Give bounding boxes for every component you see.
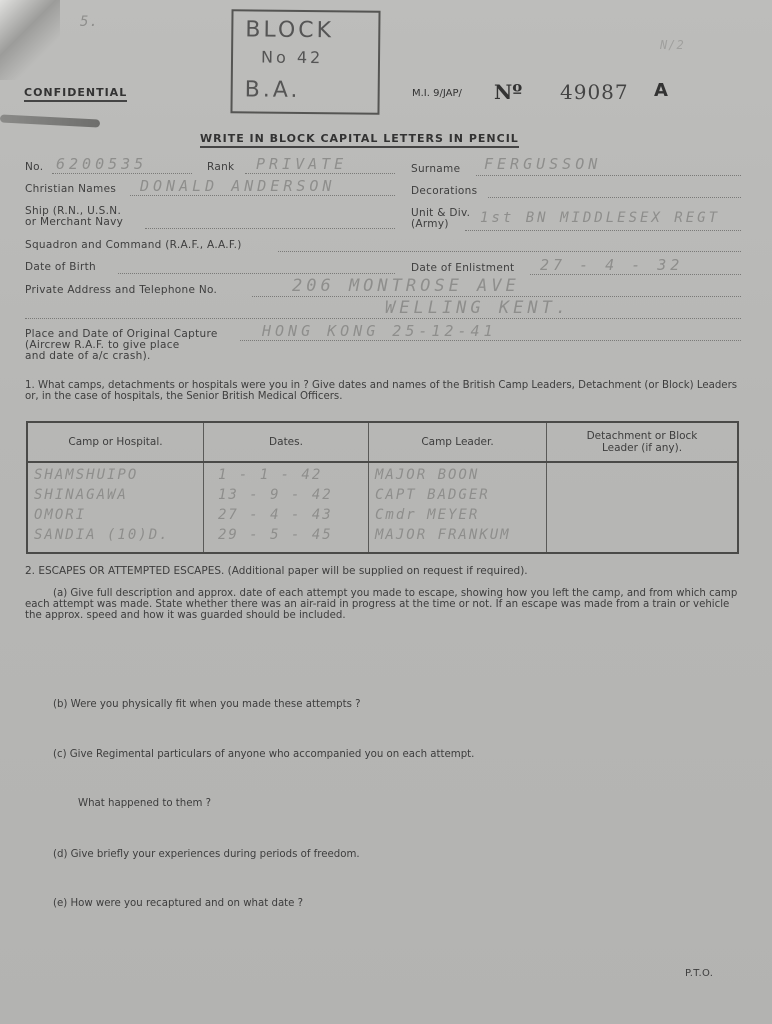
address-label: Private Address and Telephone No. [25, 284, 217, 296]
camps-table: Camp or Hospital. Dates. Camp Leader. De… [26, 421, 739, 554]
table-cell-camp: SHAMSHUIPO [34, 465, 197, 485]
question-2b: (b) Were you physically fit when you mad… [53, 699, 361, 710]
reference-code: M.I. 9/JAP/ [412, 88, 462, 99]
block-leader-column[interactable] [547, 462, 739, 553]
reference-number: 49087 [560, 80, 629, 104]
table-cell-camp: SANDIA (10)D. [34, 525, 197, 545]
stamp-line-1: BLOCK [245, 17, 334, 43]
table-cell-date: 29 - 5 - 45 [218, 525, 362, 545]
surname-field[interactable]: FERGUSSON [484, 155, 601, 173]
christian-names-field[interactable]: DONALD ANDERSON [140, 177, 335, 195]
question-2c-followup: What happened to them ? [78, 798, 211, 809]
classification-label: CONFIDENTIAL [24, 86, 127, 102]
table-cell-camp: OMORI [34, 505, 197, 525]
christian-names-label: Christian Names [25, 183, 116, 195]
question-2d: (d) Give briefly your experiences during… [53, 849, 360, 860]
form-instruction: WRITE IN BLOCK CAPITAL LETTERS IN PENCIL [200, 132, 519, 148]
column-header-dates: Dates. [204, 422, 369, 462]
question-2a: (a) Give full description and approx. da… [25, 588, 745, 621]
column-header-camp-leader: Camp Leader. [369, 422, 547, 462]
stamp-line-2: No 42 [261, 48, 323, 68]
table-cell-leader: CAPT BADGER [375, 485, 540, 505]
reference-suffix: A [654, 80, 668, 101]
form-page: 5. N/2 BLOCK No 42 B.A. CONFIDENTIAL M.I… [0, 0, 772, 1024]
decorations-label: Decorations [411, 185, 477, 197]
table-cell-leader: Cmdr MEYER [375, 505, 540, 525]
number-field[interactable]: 6200535 [56, 155, 147, 173]
camp-leader-column[interactable]: MAJOR BOON CAPT BADGER Cmdr MEYER MAJOR … [369, 462, 547, 553]
date-of-birth-label: Date of Birth [25, 261, 96, 273]
stamp-line-3: B.A. [245, 77, 301, 103]
address-line-2[interactable]: WELLING KENT. [385, 298, 570, 318]
table-cell-date: 1 - 1 - 42 [218, 465, 362, 485]
unit-field[interactable]: 1st BN MIDDLESEX REGT [480, 210, 720, 226]
capture-field[interactable]: HONG KONG 25-12-41 [262, 322, 497, 340]
unit-label-line2: (Army) [411, 218, 449, 230]
camp-column[interactable]: SHAMSHUIPO SHINAGAWA OMORI SANDIA (10)D. [27, 462, 204, 553]
number-label: No. [25, 161, 43, 173]
table-cell-date: 27 - 4 - 43 [218, 505, 362, 525]
table-cell-leader: MAJOR BOON [375, 465, 540, 485]
please-turn-over: P.T.O. [685, 968, 713, 979]
date-of-enlistment-field[interactable]: 27 - 4 - 32 [540, 256, 683, 274]
dates-column[interactable]: 1 - 1 - 42 13 - 9 - 42 27 - 4 - 43 29 - … [204, 462, 369, 553]
rank-label: Rank [207, 161, 234, 173]
surname-label: Surname [411, 163, 460, 175]
address-line-1[interactable]: 206 MONTROSE AVE [292, 276, 520, 296]
top-right-mark: N/2 [660, 38, 685, 52]
capture-label-line3: and date of a/c crash). [25, 350, 151, 362]
table-cell-leader: MAJOR FRANKUM [375, 525, 540, 545]
block-stamp: BLOCK No 42 B.A. [230, 9, 380, 115]
table-cell-date: 13 - 9 - 42 [218, 485, 362, 505]
table-cell-camp: SHINAGAWA [34, 485, 197, 505]
rank-field[interactable]: PRIVATE [256, 155, 347, 173]
column-header-camp: Camp or Hospital. [27, 422, 204, 462]
squadron-label: Squadron and Command (R.A.F., A.A.F.) [25, 239, 242, 251]
binding-string [0, 114, 100, 127]
ship-label-line2: or Merchant Navy [25, 216, 123, 228]
reference-number-label: Nº [494, 80, 522, 104]
corner-mark: 5. [80, 14, 99, 30]
date-of-enlistment-label: Date of Enlistment [411, 262, 514, 274]
column-header-block-leader: Detachment or Block Leader (if any). [547, 422, 739, 462]
torn-corner [0, 0, 60, 80]
section-1-question: 1. What camps, detachments or hospitals … [25, 380, 745, 402]
question-2c: (c) Give Regimental particulars of anyon… [53, 749, 474, 760]
question-2e: (e) How were you recaptured and on what … [53, 898, 303, 909]
section-2-title: 2. ESCAPES OR ATTEMPTED ESCAPES. (Additi… [25, 566, 528, 577]
